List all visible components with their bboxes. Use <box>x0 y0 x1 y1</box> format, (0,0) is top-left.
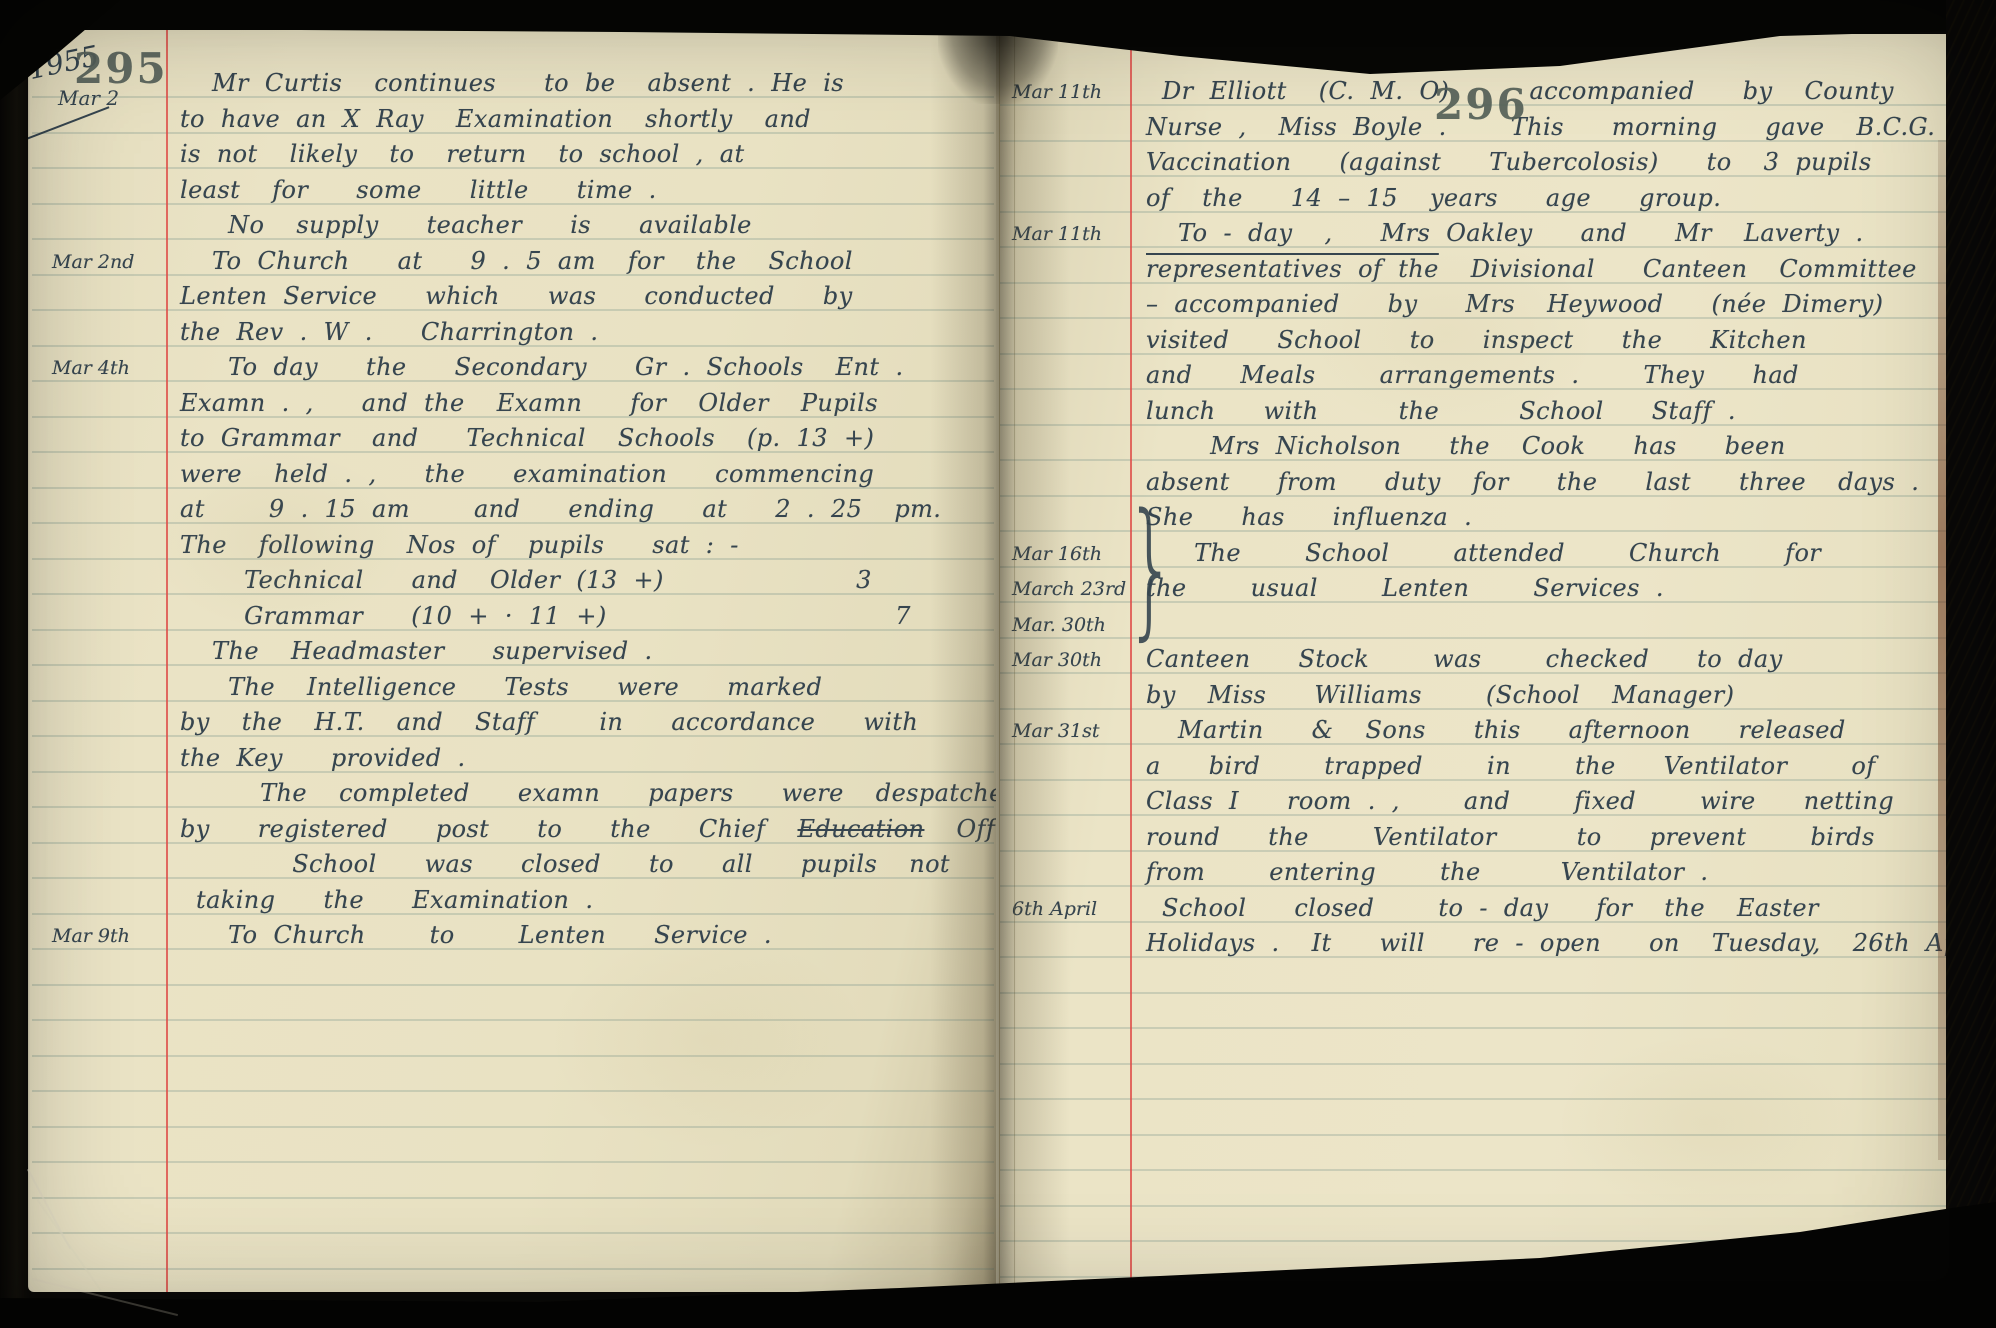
logbook-line: Vaccination (against Tubercolosis) to 3 … <box>996 147 1952 181</box>
entry-text: by the H.T. and Staff in accordance with <box>180 707 918 737</box>
entry-date: Mar 11th <box>1012 81 1102 103</box>
logbook-line: least for some little time . <box>28 175 996 209</box>
entry-text-segment: Officer . <box>924 815 996 843</box>
left-page: Mr Curtis continues to be absent . He is… <box>28 30 996 1292</box>
logbook-line: Mar 2nd To Church at 9 . 5 am for the Sc… <box>28 246 996 280</box>
logbook-line: is not likely to return to school , at <box>28 139 996 173</box>
logbook-line: The Headmaster supervised . <box>28 636 996 670</box>
entry-text: To day the Secondary Gr . Schools Ent . <box>180 352 904 382</box>
logbook-line: The completed examn papers were despatch… <box>28 778 996 812</box>
entry-text: of the 14 – 15 years age group. <box>1146 183 1721 213</box>
logbook-line: Mar 4th To day the Secondary Gr . School… <box>28 352 996 386</box>
ruled-line <box>32 1019 994 1021</box>
logbook-line: to Grammar and Technical Schools (p. 13 … <box>28 423 996 457</box>
logbook-line: Grammar (10 + · 11 +) 7 <box>28 601 996 635</box>
entry-date: March 23rd <box>1012 578 1126 600</box>
logbook-line: Technical and Older (13 +) 3 <box>28 565 996 599</box>
entry-text: the usual Lenten Services . <box>1146 573 1664 603</box>
logbook-line: School was closed to all pupils not <box>28 849 996 883</box>
entry-text: is not likely to return to school , at <box>180 139 745 169</box>
entry-text: Mrs Nicholson the Cook has been <box>1146 431 1786 461</box>
entry-text: to have an X Ray Examination shortly and <box>180 104 811 134</box>
entry-text: To Church to Lenten Service . <box>180 920 772 950</box>
ruled-line <box>32 1126 994 1128</box>
logbook-line: Mrs Nicholson the Cook has been <box>996 431 1952 465</box>
entry-text: from entering the Ventilator . <box>1146 857 1708 887</box>
logbook-line: a bird trapped in the Ventilator of <box>996 751 1952 785</box>
entry-text: Vaccination (against Tubercolosis) to 3 … <box>1146 147 1872 177</box>
logbook-line: by Miss Williams (School Manager) <box>996 680 1952 714</box>
ruled-line <box>32 1268 994 1270</box>
logbook-line: round the Ventilator to prevent birds <box>996 822 1952 856</box>
logbook-line: to have an X Ray Examination shortly and <box>28 104 996 138</box>
logbook-line: 6th April School closed to - day for the… <box>996 893 1952 927</box>
entry-text: The School attended Church for <box>1146 538 1821 568</box>
logbook-line: from entering the Ventilator . <box>996 857 1952 891</box>
logbook-line: Lenten Service which was conducted by <box>28 281 996 315</box>
entry-text: least for some little time . <box>180 175 657 205</box>
logbook-line: Mar 9th To Church to Lenten Service . <box>28 920 996 954</box>
logbook-line: Examn . , and the Examn for Older Pupils <box>28 388 996 422</box>
struck-text: Education <box>798 815 925 843</box>
entry-text: absent from duty for the last three days… <box>1146 467 1919 497</box>
ruled-line <box>1000 1240 1950 1242</box>
logbook-line: Mar 11th To - day , Mrs Oakley and Mr La… <box>996 218 1952 252</box>
entry-text: To - day , Mrs Oakley and Mr Laverty . <box>1146 218 1864 248</box>
entry-text: She has influenza . <box>1146 502 1472 532</box>
logbook-line: of the 14 – 15 years age group. <box>996 183 1952 217</box>
logbook-line: Class I room . , and fixed wire netting <box>996 786 1952 820</box>
date-group-brace: } <box>1125 502 1177 634</box>
entry-text: lunch with the School Staff . <box>1146 396 1736 426</box>
logbook-line: – accompanied by Mrs Heywood (née Dimery… <box>996 289 1952 323</box>
entry-date: Mar 9th <box>52 925 130 947</box>
entry-text: Martin & Sons this afternoon released <box>1146 715 1846 745</box>
logbook-line: at 9 . 15 am and ending at 2 . 25 pm. <box>28 494 996 528</box>
entry-text-segment: by registered post to the Chief <box>180 815 798 843</box>
entry-text: Canteen Stock was checked to day <box>1146 644 1783 674</box>
entry-text: The completed examn papers were despatch… <box>180 778 996 808</box>
ruled-line <box>1000 1027 1950 1029</box>
entry-text: a bird trapped in the Ventilator of <box>1146 751 1876 781</box>
entry-text-segment: Divisional Canteen Committee <box>1439 255 1917 283</box>
entry-text: The following Nos of pupils sat : - <box>180 530 739 560</box>
logbook-line: visited School to inspect the Kitchen <box>996 325 1952 359</box>
entry-text: School closed to - day for the Easter <box>1146 893 1819 923</box>
entry-date: Mar 16th <box>1012 543 1102 565</box>
entry-text: Examn . , and the Examn for Older Pupils <box>180 388 878 418</box>
entry-text: taking the Examination . <box>180 885 593 915</box>
entry-text: and Meals arrangements . They had <box>1146 360 1799 390</box>
logbook-line: and Meals arrangements . They had <box>996 360 1952 394</box>
page-number-stamp-right: 296 <box>1434 84 1528 126</box>
entry-text: – accompanied by Mrs Heywood (née Dimery… <box>1146 289 1883 319</box>
entry-date: Mar. 30th <box>1012 614 1106 636</box>
logbook-line: were held . , the examination commencing <box>28 459 996 493</box>
book-left-edge <box>0 0 30 1328</box>
logbook-line: by registered post to the Chief Educatio… <box>28 814 996 848</box>
entry-text: by Miss Williams (School Manager) <box>1146 680 1734 710</box>
ruled-line <box>1000 1098 1950 1100</box>
entry-text: School was closed to all pupils not <box>180 849 950 879</box>
ruled-line <box>1000 1063 1950 1065</box>
ruled-line <box>32 1090 994 1092</box>
entry-text: to Grammar and Technical Schools (p. 13 … <box>180 423 874 453</box>
logbook-line: Holidays . It will re - open on Tuesday,… <box>996 928 1952 962</box>
paper-stain <box>548 930 868 1150</box>
logbook-line: by the H.T. and Staff in accordance with <box>28 707 996 741</box>
ruled-line <box>1000 1205 1950 1207</box>
page-number-stamp-left: 295 <box>74 48 168 90</box>
struck-text: representatives of the <box>1146 255 1439 283</box>
logbook-line: the Rev . W . Charrington . <box>28 317 996 351</box>
entry-text: Nurse , Miss Boyle . This morning gave B… <box>1146 112 1935 142</box>
entry-text: the Rev . W . Charrington . <box>180 317 598 347</box>
entry-date: Mar 2 <box>58 86 119 110</box>
book-cover-right <box>1946 0 1996 1328</box>
ruled-line <box>32 984 994 986</box>
logbook-line: the Key provided . <box>28 743 996 777</box>
entry-text: representatives of the Divisional Cantee… <box>1146 254 1917 284</box>
entry-text: The Headmaster supervised . <box>180 636 653 666</box>
entry-date: 6th April <box>1012 898 1097 920</box>
entry-text: were held . , the examination commencing <box>180 459 874 489</box>
entry-text: Class I room . , and fixed wire netting <box>1146 786 1894 816</box>
entry-text: the Key provided . <box>180 743 466 773</box>
ruled-line <box>1000 1276 1950 1278</box>
entry-date: Mar 30th <box>1012 649 1102 671</box>
ruled-line <box>1000 992 1950 994</box>
entry-text: at 9 . 15 am and ending at 2 . 25 pm. <box>180 494 941 524</box>
entry-text: Mr Curtis continues to be absent . He is <box>180 68 844 98</box>
entry-text: Grammar (10 + · 11 +) 7 <box>180 601 911 631</box>
entry-date: Mar 4th <box>52 357 130 379</box>
entry-text: The Intelligence Tests were marked <box>180 672 822 702</box>
ruled-line <box>1000 1134 1950 1136</box>
entry-text: Lenten Service which was conducted by <box>180 281 853 311</box>
logbook-line: lunch with the School Staff . <box>996 396 1952 430</box>
entry-text: by registered post to the Chief Educatio… <box>180 814 996 844</box>
entry-text: No supply teacher is available <box>180 210 752 240</box>
entry-date: Mar 11th <box>1012 223 1102 245</box>
logbook-line: The following Nos of pupils sat : - <box>28 530 996 564</box>
logbook-line: Mr Curtis continues to be absent . He is <box>28 68 996 102</box>
logbook-line: No supply teacher is available <box>28 210 996 244</box>
ruled-line <box>1000 1169 1950 1171</box>
entry-text: Technical and Older (13 +) 3 <box>180 565 872 595</box>
logbook-line: The Intelligence Tests were marked <box>28 672 996 706</box>
right-page: Mar 11th Dr Elliott (C. M. O) accompanie… <box>996 34 1952 1286</box>
ruled-line <box>32 1055 994 1057</box>
logbook-line: representatives of the Divisional Cantee… <box>996 254 1952 288</box>
paper-stain <box>1556 1034 1856 1214</box>
logbook-line: taking the Examination . <box>28 885 996 919</box>
entry-text: round the Ventilator to prevent birds <box>1146 822 1875 852</box>
ruled-line <box>32 1161 994 1163</box>
entry-text: Holidays . It will re - open on Tuesday,… <box>1146 928 1952 958</box>
logbook-line: Mar 31st Martin & Sons this afternoon re… <box>996 715 1952 749</box>
ruled-line <box>32 1232 994 1234</box>
entry-text: To Church at 9 . 5 am for the School <box>180 246 853 276</box>
entry-date: Mar 31st <box>1012 720 1099 742</box>
entry-date: Mar 2nd <box>52 251 134 273</box>
entry-text: visited School to inspect the Kitchen <box>1146 325 1807 355</box>
logbook-photo: Mr Curtis continues to be absent . He is… <box>0 0 1996 1328</box>
ruled-line <box>32 1197 994 1199</box>
